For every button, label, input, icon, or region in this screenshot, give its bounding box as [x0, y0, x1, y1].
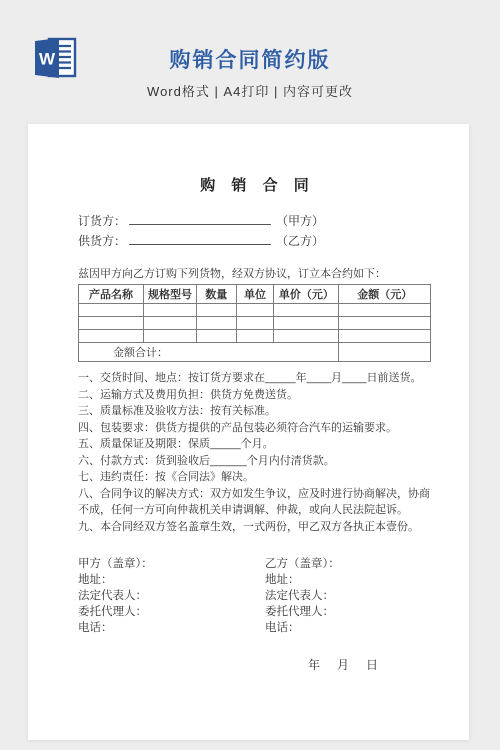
supplier-suffix: （乙方）	[276, 234, 324, 248]
sig-a-address: 地址：	[78, 572, 265, 588]
products-table: 产品名称 规格型号 数量 单位 单价（元） 金额（元）	[78, 284, 431, 362]
sig-b-phone: 电话：	[265, 620, 340, 636]
clause-3: 三、质量标准及验收方法：按有关标准。	[78, 403, 431, 420]
clause-9: 九、本合同经双方签名盖章生效，一式两份，甲乙双方各执正本壹份。	[78, 519, 431, 536]
col-header-product: 产品名称	[79, 285, 144, 304]
col-header-unit: 单位	[236, 285, 274, 304]
table-row	[79, 330, 431, 343]
parties-section: 订货方：（甲方） 供货方：（乙方）	[78, 211, 431, 251]
total-label: 金额合计：	[79, 343, 339, 362]
table-row	[79, 317, 431, 330]
supplier-label: 供货方：	[78, 234, 126, 248]
col-header-amount: 金额（元）	[339, 285, 431, 304]
header: W 购销合同简约版 Word格式 | A4打印 | 内容可更改	[0, 0, 500, 124]
clause-6: 六、付款方式：货到验收后______个月内付清货款。	[78, 453, 431, 470]
clause-8: 八、合同争议的解决方式：双方如发生争议，应及时进行协商解决，协商不成，任何一方可…	[78, 486, 431, 519]
party-row-supplier: 供货方：（乙方）	[78, 231, 431, 251]
date-line: 年 月 日	[308, 656, 431, 673]
screenshot-root: W 购销合同简约版 Word格式 | A4打印 | 内容可更改 购 销 合 同 …	[0, 0, 500, 750]
page-title: 购销合同简约版	[0, 44, 500, 74]
signature-party-a: 甲方（盖章）： 地址： 法定代表人： 委托代理人： 电话：	[78, 556, 265, 636]
intro-text: 兹因甲方向乙方订购下列货物，经双方协议，订立本合约如下：	[78, 265, 431, 281]
buyer-suffix: （甲方）	[276, 214, 324, 228]
buyer-fill-in-line	[129, 212, 271, 225]
date-month: 月	[337, 656, 349, 673]
clauses-section: 一、交货时间、地点：按订货方要求在_____年____月____日前送货。 二、…	[78, 370, 431, 535]
sig-b-seal: 乙方（盖章）：	[265, 556, 340, 572]
sig-b-legal-rep: 法定代表人：	[265, 588, 340, 604]
col-header-qty: 数量	[196, 285, 236, 304]
sig-a-legal-rep: 法定代表人：	[78, 588, 265, 604]
col-header-price: 单价（元）	[274, 285, 339, 304]
contract-title: 购 销 合 同	[78, 174, 431, 195]
table-row	[79, 304, 431, 317]
date-year: 年	[308, 656, 320, 673]
sig-a-agent: 委托代理人：	[78, 604, 265, 620]
sig-b-address: 地址：	[265, 572, 340, 588]
page-subtitle: Word格式 | A4打印 | 内容可更改	[0, 81, 500, 100]
signature-party-b: 乙方（盖章）： 地址： 法定代表人： 委托代理人： 电话：	[265, 556, 340, 636]
total-value	[339, 343, 431, 362]
buyer-label: 订货方：	[78, 214, 126, 228]
clause-2: 二、运输方式及费用负担：供货方免费送货。	[78, 387, 431, 404]
sig-a-seal: 甲方（盖章）：	[78, 556, 265, 572]
clause-4: 四、包装要求：供货方提供的产品包装必须符合汽车的运输要求。	[78, 420, 431, 437]
col-header-spec: 规格型号	[144, 285, 197, 304]
header-text: 购销合同简约版 Word格式 | A4打印 | 内容可更改	[0, 0, 500, 100]
sig-b-agent: 委托代理人：	[265, 604, 340, 620]
table-header-row: 产品名称 规格型号 数量 单位 单价（元） 金额（元）	[79, 285, 431, 304]
document-page: 购 销 合 同 订货方：（甲方） 供货方：（乙方） 兹因甲方向乙方订购下列货物，…	[28, 124, 469, 740]
date-day: 日	[366, 656, 378, 673]
clause-1: 一、交货时间、地点：按订货方要求在_____年____月____日前送货。	[78, 370, 431, 387]
sig-a-phone: 电话：	[78, 620, 265, 636]
table-total-row: 金额合计：	[79, 343, 431, 362]
supplier-fill-in-line	[129, 232, 271, 245]
party-row-buyer: 订货方：（甲方）	[78, 211, 431, 231]
clause-5: 五、质量保证及期限：保质_____个月。	[78, 436, 431, 453]
signature-section: 甲方（盖章）： 地址： 法定代表人： 委托代理人： 电话： 乙方（盖章）： 地址…	[78, 556, 431, 636]
clause-7: 七、违约责任：按《合同法》解决。	[78, 469, 431, 486]
